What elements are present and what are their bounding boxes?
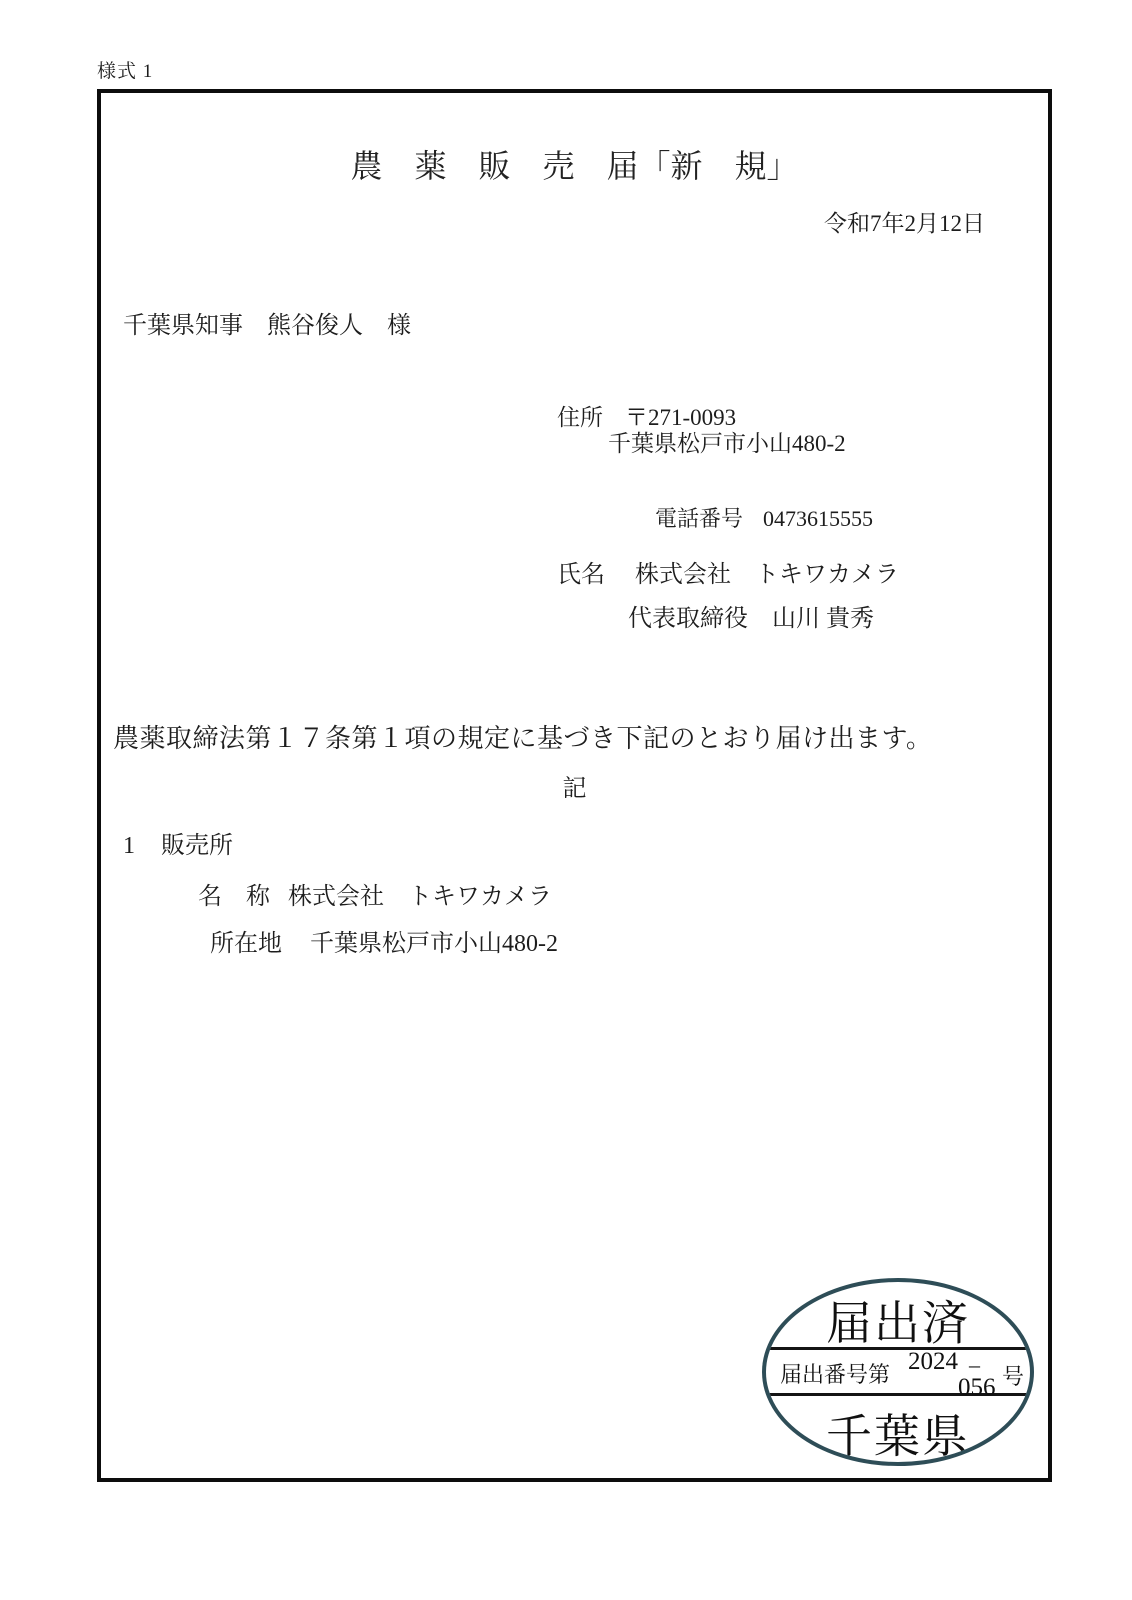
shop-address-label: 所在地 (210, 931, 282, 957)
legal-statement: 農薬取締法第１７条第１項の規定に基づき下記のとおり届け出ます。 (113, 718, 932, 755)
stamp-number-suffix: 号 (1002, 1360, 1024, 1391)
section1-heading: 1販売所 (123, 825, 233, 860)
sender-phone-line: 電話番号0473615555 (655, 502, 873, 533)
recipient-line: 千葉県知事 熊谷俊人 様 (123, 305, 411, 340)
shop-address-value: 千葉県松戸市小山480-2 (310, 931, 558, 957)
stamp-number-label: 届出番号第 (780, 1358, 890, 1389)
shop-name-value: 株式会社 トキワカメラ (288, 884, 552, 910)
sender-name-line: 氏名株式会社 トキワカメラ (557, 554, 899, 589)
document-title: 農 薬 販 売 届「新 規」 (97, 141, 1052, 187)
section1-name-row: 名 称株式会社 トキワカメラ (198, 876, 552, 911)
sender-address-line2: 千葉県松戸市小山480-2 (608, 425, 846, 458)
stamp-divider-top (762, 1347, 1034, 1350)
document-date: 令和7年2月12日 (824, 205, 985, 238)
ki-heading: 記 (97, 768, 1052, 803)
address-label: 住所 (557, 405, 603, 430)
stamp-prefecture-text: 千葉県 (766, 1400, 1030, 1466)
section1-number: 1 (123, 833, 135, 859)
section1-title: 販売所 (161, 833, 233, 859)
company-name: 株式会社 トキワカメラ (635, 562, 899, 588)
section1-address-row: 所在地千葉県松戸市小山480-2 (210, 923, 558, 958)
stamp-status-text: 届出済 (766, 1287, 1030, 1353)
form-style-label: 様式 1 (97, 56, 153, 83)
phone-label: 電話番号 (655, 506, 743, 531)
representative-line: 代表取締役 山川 貴秀 (628, 598, 874, 633)
shop-name-label: 名 称 (198, 884, 270, 910)
approval-stamp: 届出済 届出番号第 2024 – 056 号 千葉県 (762, 1278, 1034, 1466)
name-label: 氏名 (557, 562, 605, 588)
document-page: 様式 1 農 薬 販 売 届「新 規」 令和7年2月12日 千葉県知事 熊谷俊人… (0, 0, 1132, 1600)
phone-number: 0473615555 (763, 506, 873, 531)
stamp-number-serial: 056 (958, 1374, 996, 1402)
stamp-number-year: 2024 (908, 1348, 958, 1376)
